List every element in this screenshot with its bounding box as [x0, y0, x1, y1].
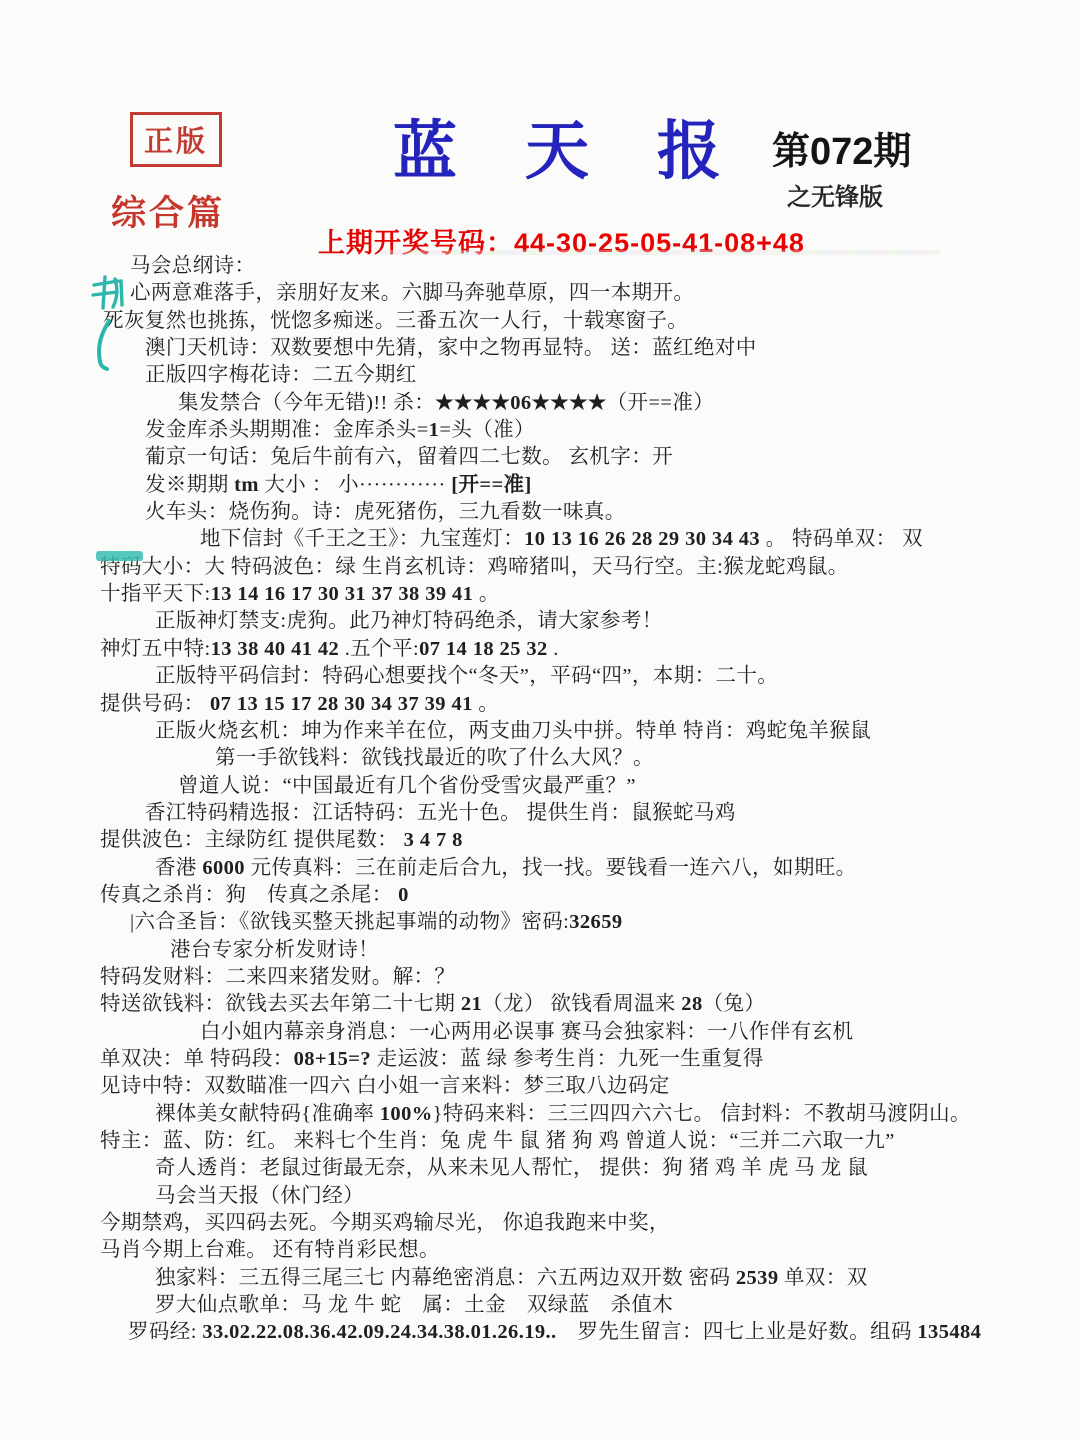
text-segment: 发※期期 [145, 474, 234, 496]
text-line: 香港 6000 元传真料：三在前走后合九，找一找。要钱看一连六八，如期旺。 [100, 855, 1030, 882]
text-segment: 21 [461, 993, 482, 1015]
text-segment: tm [234, 474, 259, 496]
text-line: 特送欲钱料：欲钱去买去年第二十七期 21（龙） 欲钱看周温来 28（兔） [100, 991, 1030, 1018]
text-line: 马肖今期上台难。 还有特肖彩民想。 [100, 1237, 1030, 1264]
text-segment: 。 特码单双： 双 [760, 528, 923, 550]
text-segment: 特码发财料：二来四来猪发财。解：？ [100, 966, 455, 988]
text-segment: 。 [473, 583, 499, 605]
text-segment: 1 [429, 419, 440, 441]
text-segment: 马会当天报（休门经） [155, 1185, 364, 1207]
text-segment: 罗先生留言：四七上业是好数。组码 [557, 1321, 918, 1343]
text-segment: 港台专家分析发财诗！ [170, 939, 379, 961]
text-segment: 香江特码精选报：江话特码：五光十色。 提供生肖：鼠猴蛇马鸡 [145, 802, 736, 824]
text-segment: 提供波色：主绿防红 提供尾数： [100, 829, 404, 851]
text-line: 马会总纲诗： [100, 253, 1030, 280]
text-segment: 0 [398, 884, 409, 906]
text-line: 心两意难落手，亲朋好友来。六脚马奔驰草原，四一本期开。 [100, 280, 1030, 307]
text-segment: （龙） 欲钱看周温来 [482, 993, 681, 1015]
text-segment: 第一手欲钱料：欲钱找最近的吹了什么大风？。 [215, 747, 654, 769]
text-segment: 33.02.22.08.36.42.09.24.34.38.01.26.19.. [202, 1321, 556, 1343]
text-line: 正版四字梅花诗：二五今期红 [100, 362, 1030, 389]
text-line: 特码发财料：二来四来猪发财。解：？ [100, 964, 1030, 991]
text-segment: （兔） [703, 993, 766, 1015]
text-segment: 澳门天机诗：双数要想中先猜，家中之物再显特。 送：蓝红绝对中 [145, 337, 757, 359]
scanned-lottery-sheet: { "page": { "badge": "正版", "title": "蓝 天… [0, 0, 1080, 1440]
text-segment: 特码大小：大 特码波色：绿 生肖玄机诗：鸡啼猪叫，天马行空。主:猴龙蛇鸡鼠。 [100, 556, 849, 578]
text-segment: 6000 [202, 857, 245, 879]
edition-label: 之无锋版 [787, 177, 883, 212]
newspaper-title: 蓝 天 报 [393, 100, 747, 192]
text-line: 葡京一句话：兔后牛前有六，留着四二七数。 玄机字：开 [100, 444, 1030, 471]
text-line: 见诗中特：双数瞄准一四六 白小姐一言来料：梦三取八边码定 [100, 1073, 1030, 1100]
text-line: 发金库杀头期期准：金库杀头=1=头（准） [100, 417, 1030, 444]
text-line: 发※期期 tm 大小 ： 小············ [开==准] [100, 472, 1030, 499]
text-segment: 香港 [155, 857, 202, 879]
text-segment: 08+15=? [294, 1048, 371, 1070]
text-segment: 马会总纲诗： [130, 255, 255, 277]
text-segment: 地下信封《千王之王》：九宝莲灯： [200, 528, 524, 550]
text-line: 集发禁合（今年无错)!! 杀：★★★★06★★★★（开==准） [100, 390, 1030, 417]
text-segment: 独家料：三五得三尾三七 内幕绝密消息：六五两边双开数 密码 [155, 1267, 736, 1289]
text-segment: 今期禁鸡，买四码去死。今期买鸡输尽光， 你追我跑来中奖， [100, 1212, 670, 1234]
text-segment: 奇人透肖：老鼠过街最无奈，从来未见人帮忙， 提供：狗 猪 鸡 羊 虎 马 龙 鼠 [155, 1157, 868, 1179]
text-segment: 死灰复然也挑拣，恍惚多痴迷。三番五次一人行，十载寒窗子。 [103, 310, 688, 332]
authentic-stamp: 正版 [130, 112, 222, 167]
text-segment: 传真之杀肖：狗 传真之杀尾： [100, 884, 398, 906]
text-segment: 走运波：蓝 绿 参考生肖：九死一生重复得 [371, 1048, 764, 1070]
text-segment: 罗码经: [128, 1321, 202, 1343]
text-segment: 裸体美女献特码{准确率 [155, 1103, 380, 1125]
text-line: 裸体美女献特码{准确率 100%}特码来料：三三四四六六七。 信封料：不教胡马渡… [100, 1101, 1030, 1128]
text-segment: （开==准） [607, 392, 715, 414]
text-segment: 罗大仙点歌单：马 龙 牛 蛇 属：土金 双绿蓝 杀值木 [155, 1294, 673, 1316]
text-line: 火车头：烧伤狗。诗：虎死猪伤，三九看数一味真。 [100, 499, 1030, 526]
text-segment: 火车头：烧伤狗。诗：虎死猪伤，三九看数一味真。 [145, 501, 626, 523]
text-line: 澳门天机诗：双数要想中先猜，家中之物再显特。 送：蓝红绝对中 [100, 335, 1030, 362]
text-segment: 正版特平码信封：特码心想要找个“冬天”，平码“四”，本期：二十。 [155, 665, 778, 687]
text-segment: 白小姐内幕亲身消息：一心两用必误事 赛马会独家料：一八作伴有玄机 [200, 1021, 853, 1043]
section-title: 综合篇 [111, 186, 225, 236]
text-segment: 马肖今期上台难。 还有特肖彩民想。 [100, 1239, 440, 1261]
text-segment: 正版四字梅花诗：二五今期红 [145, 364, 417, 386]
body-text-block: 马会总纲诗：心两意难落手，亲朋好友来。六脚马奔驰草原，四一本期开。死灰复然也挑拣… [100, 253, 1030, 1347]
text-segment: 大小 ： 小············ [259, 474, 451, 496]
text-segment: 神灯五中特: [100, 638, 211, 660]
text-segment: 葡京一句话：兔后牛前有六，留着四二七数。 玄机字：开 [145, 446, 673, 468]
text-segment: =头（准） [439, 419, 535, 441]
text-line: 今期禁鸡，买四码去死。今期买鸡输尽光， 你追我跑来中奖， [100, 1210, 1030, 1237]
text-line: 港台专家分析发财诗！ [100, 937, 1030, 964]
text-segment: 单双：双 [778, 1267, 867, 1289]
text-segment: 2539 [736, 1267, 779, 1289]
text-line: 单双决：单 特码段：08+15=? 走运波：蓝 绿 参考生肖：九死一生重复得 [100, 1046, 1030, 1073]
text-line: 罗大仙点歌单：马 龙 牛 蛇 属：土金 双绿蓝 杀值木 [100, 1292, 1030, 1319]
text-segment: 28 [681, 993, 702, 1015]
text-segment: 元传真料：三在前走后合九，找一找。要钱看一连六八，如期旺。 [245, 857, 857, 879]
text-segment: 特送欲钱料：欲钱去买去年第二十七期 [100, 993, 461, 1015]
text-line: 神灯五中特:13 38 40 41 42 .五个平:07 14 18 25 32… [100, 636, 1030, 663]
text-segment: 07 13 15 17 28 30 34 37 39 41 [210, 693, 473, 715]
text-segment: 单双决：单 特码段： [100, 1048, 294, 1070]
text-line: 提供波色：主绿防红 提供尾数： 3 4 7 8 [100, 827, 1030, 854]
text-segment: 07 14 18 25 32 [419, 638, 548, 660]
text-segment: 135484 [917, 1321, 981, 1343]
text-line: 提供号码： 07 13 15 17 28 30 34 37 39 41 。 [100, 691, 1030, 718]
text-segment: 提供号码： [100, 693, 210, 715]
text-line: 罗码经: 33.02.22.08.36.42.09.24.34.38.01.26… [100, 1319, 1030, 1346]
text-segment: . [548, 638, 559, 660]
text-segment: }特码来料：三三四四六六七。 信封料：不教胡马渡阴山。 [433, 1103, 971, 1125]
text-segment: ★★★★06★★★★ [435, 392, 607, 414]
text-line: 曾道人说：“中国最近有几个省份受雪灾最严重？” [100, 773, 1030, 800]
text-line: 死灰复然也挑拣，恍惚多痴迷。三番五次一人行，十载寒窗子。 [100, 308, 1030, 335]
text-segment: 发金库杀头期期准：金库杀头= [145, 419, 429, 441]
text-segment: [开==准] [451, 474, 531, 496]
text-segment: 特主：蓝、防：红。 来料七个生肖：兔 虎 牛 鼠 猪 狗 鸡 曾道人说：“三并二… [100, 1130, 895, 1152]
text-segment: 集发禁合（今年无错)!! 杀： [178, 392, 435, 414]
text-line: 地下信封《千王之王》：九宝莲灯：10 13 16 26 28 29 30 34 … [100, 526, 1030, 553]
text-line: 马会当天报（休门经） [100, 1183, 1030, 1210]
text-segment: 100% [380, 1103, 433, 1125]
text-segment: 10 13 16 26 28 29 30 34 43 [524, 528, 760, 550]
text-segment: 32659 [569, 911, 622, 933]
text-segment: 曾道人说：“中国最近有几个省份受雪灾最严重？” [178, 775, 636, 797]
text-line: 香江特码精选报：江话特码：五光十色。 提供生肖：鼠猴蛇马鸡 [100, 800, 1030, 827]
text-line: 第一手欲钱料：欲钱找最近的吹了什么大风？。 [100, 745, 1030, 772]
text-segment: 13 38 40 41 42 [211, 638, 340, 660]
text-segment: .五个平: [339, 638, 419, 660]
text-segment: 见诗中特：双数瞄准一四六 白小姐一言来料：梦三取八边码定 [100, 1075, 670, 1097]
text-segment: 十指平天下: [100, 583, 211, 605]
text-segment: 3 4 7 8 [404, 829, 463, 851]
text-segment: 。 [473, 693, 499, 715]
text-line: 特码大小：大 特码波色：绿 生肖玄机诗：鸡啼猪叫，天马行空。主:猴龙蛇鸡鼠。 [100, 554, 1030, 581]
text-line: 正版火烧玄机：坤为作来羊在位，两支曲刀头中拼。特单 特肖：鸡蛇兔羊猴鼠 [100, 718, 1030, 745]
text-line: 正版神灯禁支:虎狗。此乃神灯特码绝杀，请大家参考！ [100, 608, 1030, 635]
text-line: |六合圣旨：《欲钱买整天挑起事端的动物》密码:32659 [100, 909, 1030, 936]
issue-number: 第072期 [772, 120, 911, 175]
text-segment: 心两意难落手，亲朋好友来。六脚马奔驰草原，四一本期开。 [130, 282, 694, 304]
text-line: 正版特平码信封：特码心想要找个“冬天”，平码“四”，本期：二十。 [100, 663, 1030, 690]
text-line: 奇人透肖：老鼠过街最无奈，从来未见人帮忙， 提供：狗 猪 鸡 羊 虎 马 龙 鼠 [100, 1155, 1030, 1182]
text-segment: 13 14 16 17 30 31 37 38 39 41 [211, 583, 474, 605]
text-line: 独家料：三五得三尾三七 内幕绝密消息：六五两边双开数 密码 2539 单双：双 [100, 1265, 1030, 1292]
text-line: 白小姐内幕亲身消息：一心两用必误事 赛马会独家料：一八作伴有玄机 [100, 1019, 1030, 1046]
text-line: 十指平天下:13 14 16 17 30 31 37 38 39 41 。 [100, 581, 1030, 608]
text-line: 特主：蓝、防：红。 来料七个生肖：兔 虎 牛 鼠 猪 狗 鸡 曾道人说：“三并二… [100, 1128, 1030, 1155]
text-segment: 正版火烧玄机：坤为作来羊在位，两支曲刀头中拼。特单 特肖：鸡蛇兔羊猴鼠 [155, 720, 871, 742]
text-segment: 正版神灯禁支:虎狗。此乃神灯特码绝杀，请大家参考！ [155, 610, 663, 632]
text-segment: |六合圣旨：《欲钱买整天挑起事端的动物》密码: [130, 911, 569, 933]
text-line: 传真之杀肖：狗 传真之杀尾： 0 [100, 882, 1030, 909]
